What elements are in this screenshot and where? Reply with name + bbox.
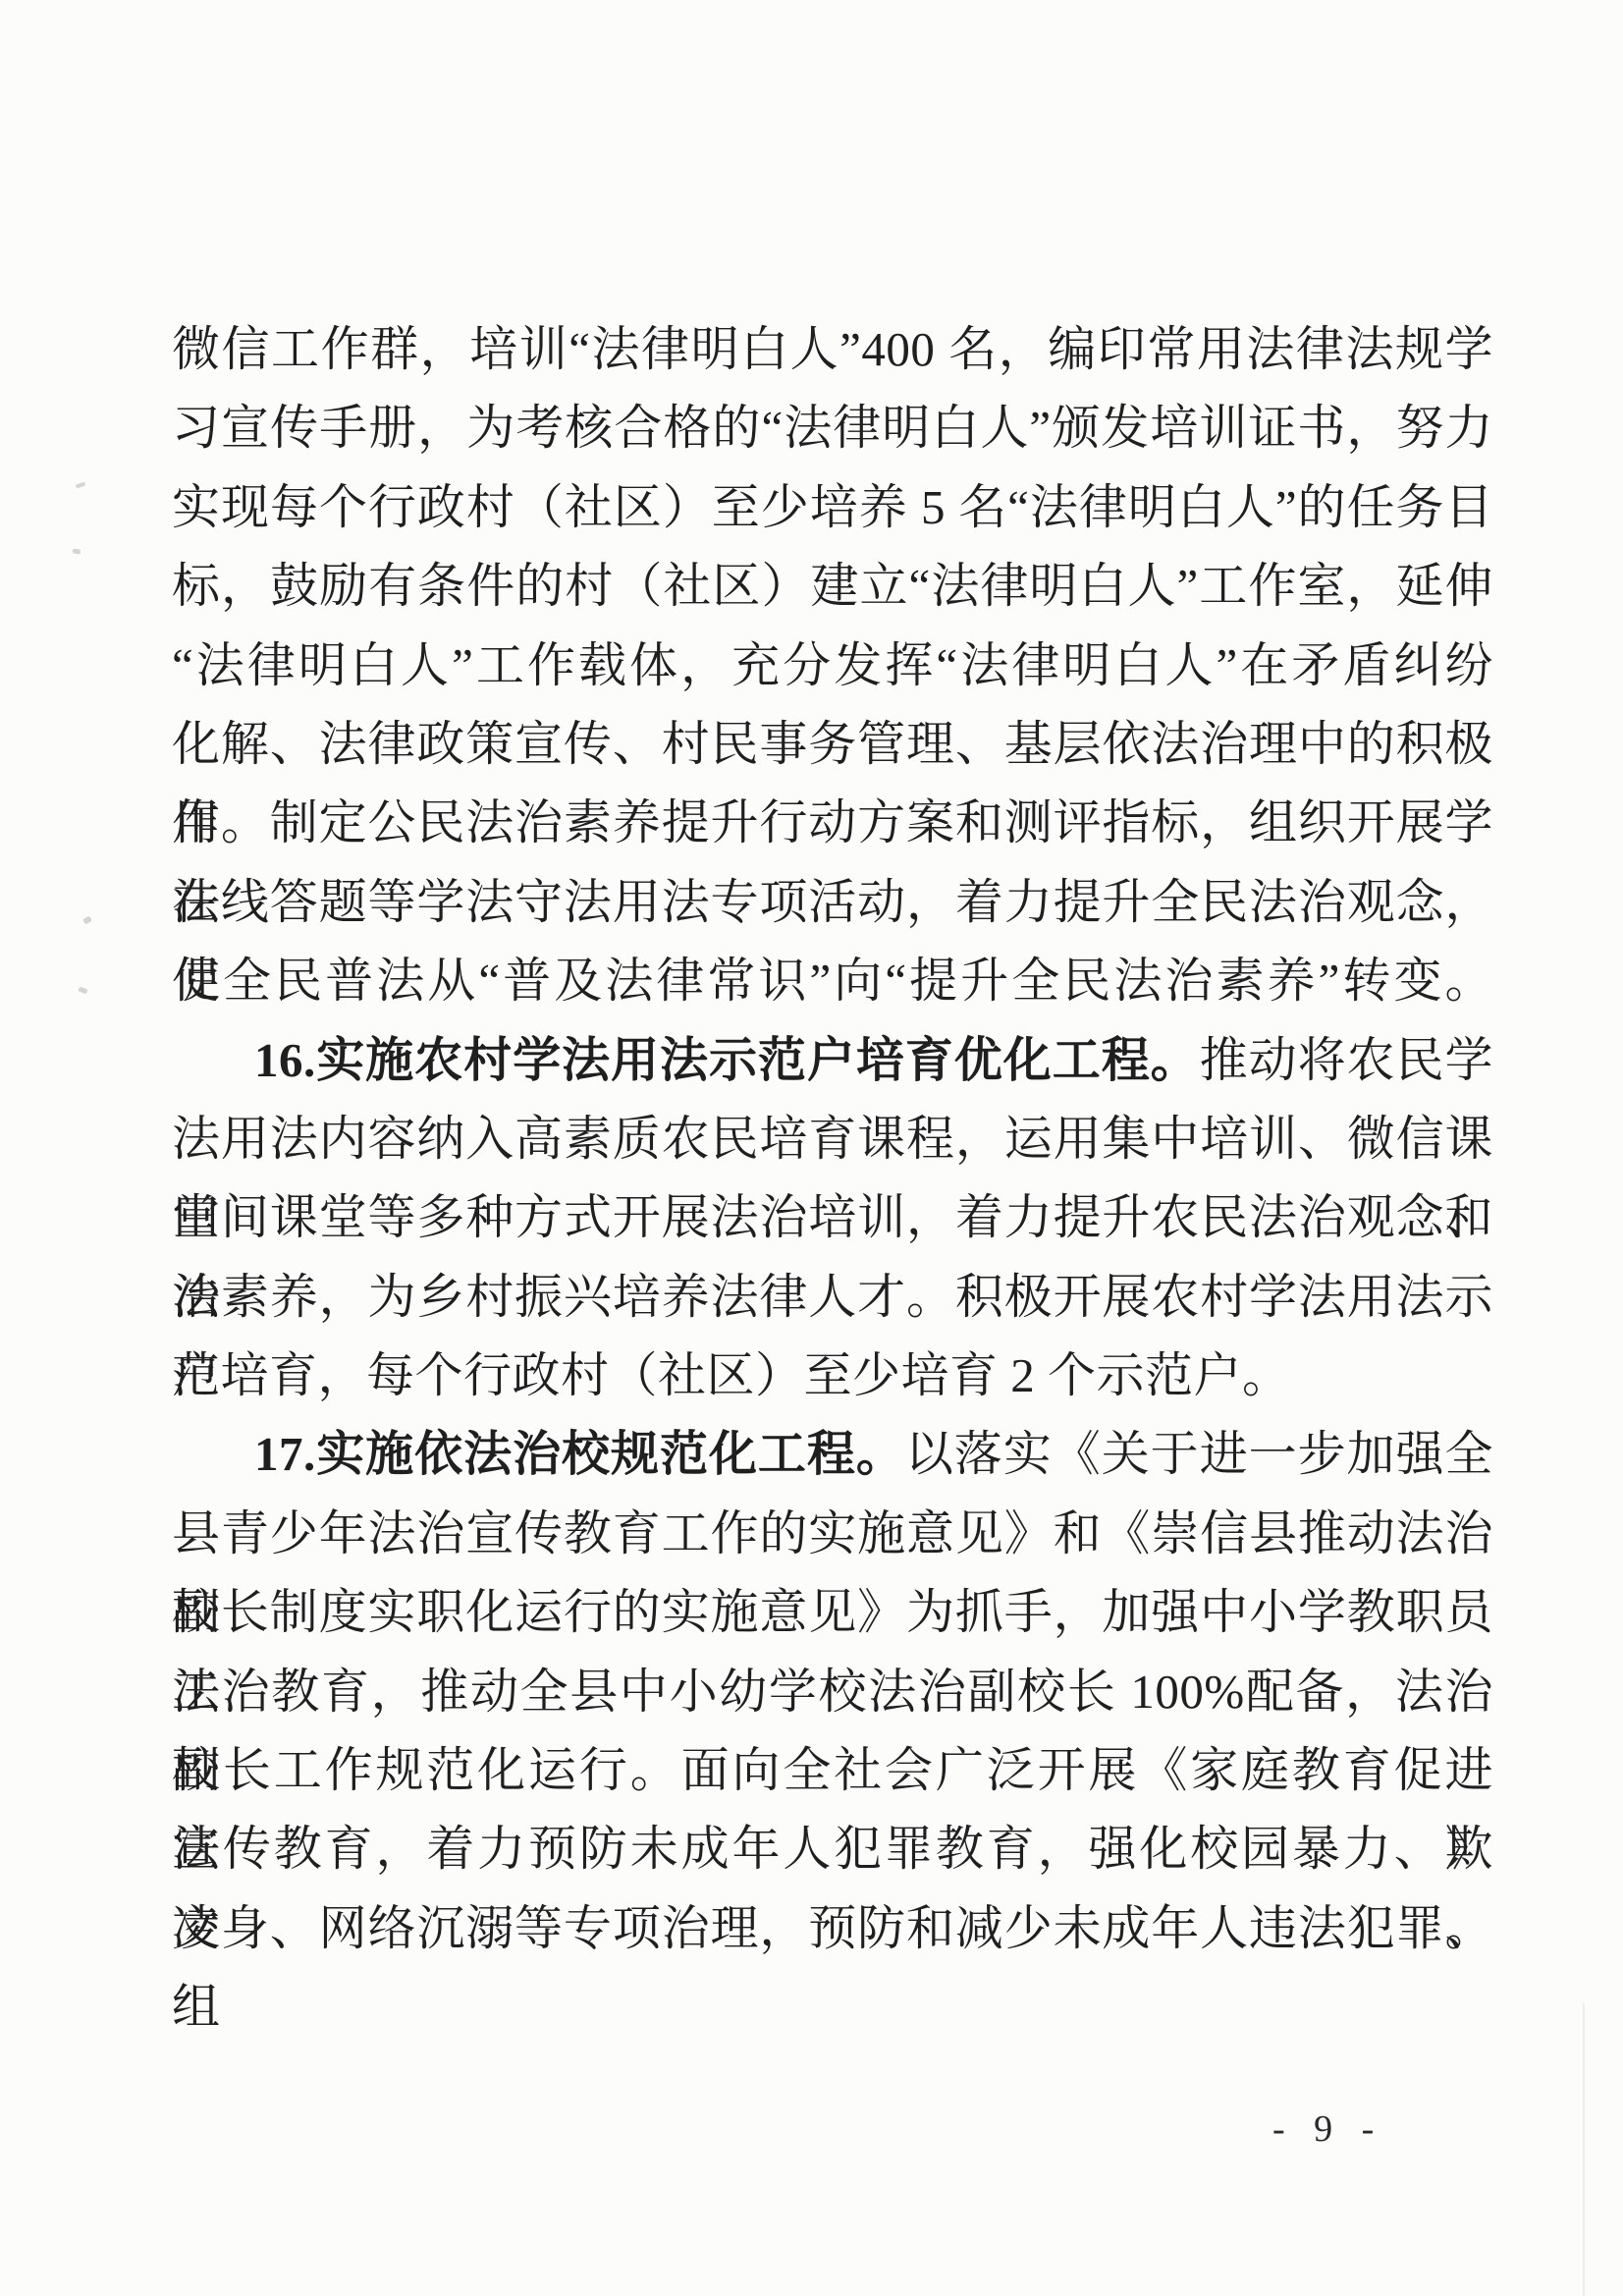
text-line: 县青少年法治宣传教育工作的实施意见》和《崇信县推动法治副 [172,1495,1493,1573]
text-line: 宣传教育，着力预防未成年人犯罪教育，强化校园暴力、欺凌、 [172,1810,1493,1888]
document-page: 微信工作群，培训“法律明白人”400 名，编印常用法律法规学习宣传手册，为考核合… [0,0,1623,2296]
text-line: 17.实施依法治校规范化工程。以落实《关于进一步加强全 [172,1415,1493,1494]
text-line: “法律明白人”工作载体，充分发挥“法律明白人”在矛盾纠纷 [172,627,1493,705]
body-text: 标，鼓励有条件的村（社区）建立“法律明白人”工作室，延伸 [172,559,1493,613]
body-text: 使全民普法从“普及法律常识”向“提升全民法治素养”转变。 [172,954,1493,1008]
paragraph-heading-text: 16.实施农村学法用法示范户培育优化工程。 [254,1033,1200,1087]
text-line: 实现每个行政村（社区）至少培养 5 名“法律明白人”的任务目 [172,468,1493,547]
text-line: 法治教育，推动全县中小幼学校法治副校长 100%配备，法治副 [172,1653,1493,1731]
scan-edge-line [1583,2003,1585,2296]
text-line: 16.实施农村学法用法示范户培育优化工程。推动将农民学 [172,1021,1493,1100]
text-line: 标，鼓励有条件的村（社区）建立“法律明白人”工作室，延伸 [172,547,1493,626]
text-line: 田间课堂等多种方式开展法治培训，着力提升农民法治观念和法 [172,1178,1493,1257]
body-text: 习宣传手册，为考核合格的“法律明白人”颁发培训证书，努力 [172,401,1493,455]
page-number: - 9 - [1272,2107,1383,2151]
paragraph-heading-text: 17.实施依法治校规范化工程。 [254,1427,905,1481]
scan-artifact [73,548,81,554]
body-text: 以落实《关于进一步加强全 [905,1427,1493,1481]
text-line: 法用法内容纳入高素质农民培育课程，运用集中培训、微信课堂、 [172,1100,1493,1178]
text-line: 文身、网络沉溺等专项治理，预防和减少未成年人违法犯罪。组 [172,1889,1493,1968]
body-text: 实现每个行政村（社区）至少培养 5 名“法律明白人”的任务目 [172,480,1493,534]
text-line: 校长工作规范化运行。面向全社会广泛开展《家庭教育促进法》 [172,1731,1493,1810]
body-text: 微信工作群，培训“法律明白人”400 名，编印常用法律法规学 [172,322,1493,376]
body-text: 推动将农民学 [1200,1033,1493,1087]
scan-artifact [76,482,86,489]
text-line: 校长制度实职化运行的实施意见》为抓手，加强中小学教职员工 [172,1573,1493,1652]
text-line: 户培育，每个行政村（社区）至少培育 2 个示范户。 [172,1337,1493,1415]
scan-artifact [82,915,92,924]
body-text: “法律明白人”工作载体，充分发挥“法律明白人”在矛盾纠纷 [172,638,1493,692]
body-text: 户培育，每个行政村（社区）至少培育 2 个示范户。 [172,1348,1291,1402]
scan-artifact [78,987,87,995]
text-line: 治素养，为乡村振兴培养法律人才。积极开展农村学法用法示范 [172,1258,1493,1337]
text-line: 使全民普法从“普及法律常识”向“提升全民法治素养”转变。 [172,942,1493,1020]
text-line: 用。制定公民法治素养提升行动方案和测评指标，组织开展学法 [172,784,1493,862]
text-line: 习宣传手册，为考核合格的“法律明白人”颁发培训证书，努力 [172,389,1493,467]
text-line: 微信工作群，培训“法律明白人”400 名，编印常用法律法规学 [172,310,1493,389]
body-text: 文身、网络沉溺等专项治理，预防和减少未成年人违法犯罪。组 [172,1901,1493,2034]
text-line: 化解、法律政策宣传、村民事务管理、基层依法治理中的积极作 [172,705,1493,784]
text-block: 微信工作群，培训“法律明白人”400 名，编印常用法律法规学习宣传手册，为考核合… [172,310,1493,1968]
text-line: 在线答题等学法守法用法专项活动，着力提升全民法治观念，促 [172,863,1493,942]
